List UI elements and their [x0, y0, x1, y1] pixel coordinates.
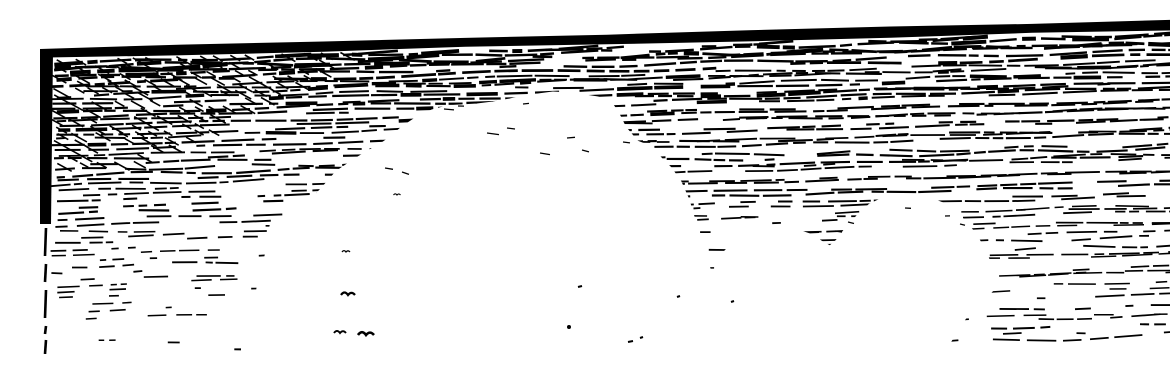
- frame-left-rule: [40, 49, 53, 224]
- engraving-illustration: [40, 16, 1170, 354]
- engraving-figure: [40, 16, 1170, 354]
